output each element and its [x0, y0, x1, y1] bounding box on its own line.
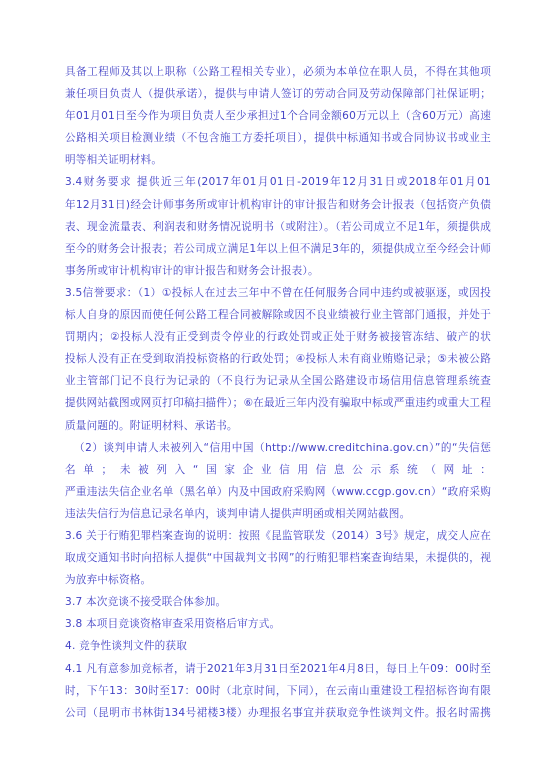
text-line: 取成交通知书时向招标人提供“中国裁判文书网”的行贿犯罪档案查询结果，未提供的，视	[65, 547, 491, 569]
text-line: 3.5信誉要求：（1）①投标人在过去三年中不曾在任何服务合同中违约或被驱逐，或因…	[65, 282, 491, 304]
text-line: 提供网站截图或网页打印稿扫描件）；⑥在最近三年内没有骗取中标或严重违约或重大工程	[65, 392, 491, 414]
text-line: 3.4财务要求 提供近三年(2017年01月01日-2019年12月31日或20…	[65, 171, 491, 193]
document-text-block: 具备工程师及其以上职称（公路工程相关专业），必须为本单位在职人员，不得在其他项目…	[65, 61, 491, 724]
text-line: 公路相关项目检测业绩（不包含施工方委托项目），提供中标通知书或合同协议书或业主证	[65, 127, 491, 149]
text-line: 严重违法失信企业名单（黑名单）内及中国政府采购网（www.ccgp.gov.cn…	[65, 481, 491, 503]
text-line: 违法失信行为信息记录名单内，谈判申请人提供声明函或相关网站截图。	[65, 503, 491, 525]
text-line: 公司（昆明市书林街134号裙楼3楼）办理报名事宜并获取竞争性谈判文件。报名时需携…	[65, 702, 491, 724]
text-line: 3.6 关于行贿犯罪档案查询的说明：按照《昆监管联发（2014）3号》规定，成交…	[65, 525, 491, 547]
text-line: 至今的财务会计报表；若公司成立满足1年以上但不满足3年的，须提供成立至今经会计师	[65, 238, 491, 260]
text-line: 业主管部门记不良行为记录的（不良行为记录从全国公路建设市场信用信息管理系统查询，	[65, 370, 491, 392]
text-line: 时，下午13：30时至17：00时（北京时间，下同），在云南山重建设工程招标咨询…	[65, 680, 491, 702]
text-line: 年12月31日)经会计师事务所或审计机构审计的审计报告和财务会计报表（包括资产负…	[65, 194, 491, 216]
text-line: 事务所或审计机构审计的审计报告和财务会计报表）。	[65, 260, 491, 282]
text-line: 4. 竞争性谈判文件的获取	[65, 635, 491, 657]
text-line: 明等相关证明材料。	[65, 149, 491, 171]
text-line: 表、现金流量表、利润表和财务情况说明书（或附注）。（若公司成立不足1年，须提供成…	[65, 216, 491, 238]
text-line: 为放弃中标资格。	[65, 569, 491, 591]
text-line: 4.1 凡有意参加竞标者，请于2021年3月31日至2021年4月8日，每日上午…	[65, 658, 491, 680]
text-line: （2）谈判申请人未被列入“信用中国（http://www.creditchina…	[65, 437, 491, 459]
text-line: 名单；未被列入“国家企业信用信息公示系统（网址：http://www.gsxt.…	[65, 459, 491, 481]
text-line: 投标人没有正在受到取消投标资格的行政处罚；④投标人未有商业贿赂记录；⑤未被公路行	[65, 348, 491, 370]
text-line: 3.7 本次竞谈不接受联合体参加。	[65, 591, 491, 613]
text-line: 标人自身的原因而使任何公路工程合同被解除或因不良业绩被行业主管部门通报，并处于处	[65, 304, 491, 326]
text-line: 具备工程师及其以上职称（公路工程相关专业），必须为本单位在职人员，不得在其他项目	[65, 61, 491, 83]
text-line: 质量问题的。附证明材料、承诺书。	[65, 415, 491, 437]
document-page: 具备工程师及其以上职称（公路工程相关专业），必须为本单位在职人员，不得在其他项目…	[0, 0, 554, 783]
text-line: 罚期内；②投标人没有正受到责令停业的行政处罚或正处于财务被接管冻结、破产的状态；…	[65, 326, 491, 348]
text-line: 兼任项目负责人（提供承诺），提供与申请人签订的劳动合同及劳动保障部门社保证明；2…	[65, 83, 491, 105]
text-line: 3.8 本项目竞谈资格审查采用资格后审方式。	[65, 613, 491, 635]
text-line: 年01月01日至今作为项目负责人至少承担过1个合同金额60万元以上（含60万元）…	[65, 105, 491, 127]
